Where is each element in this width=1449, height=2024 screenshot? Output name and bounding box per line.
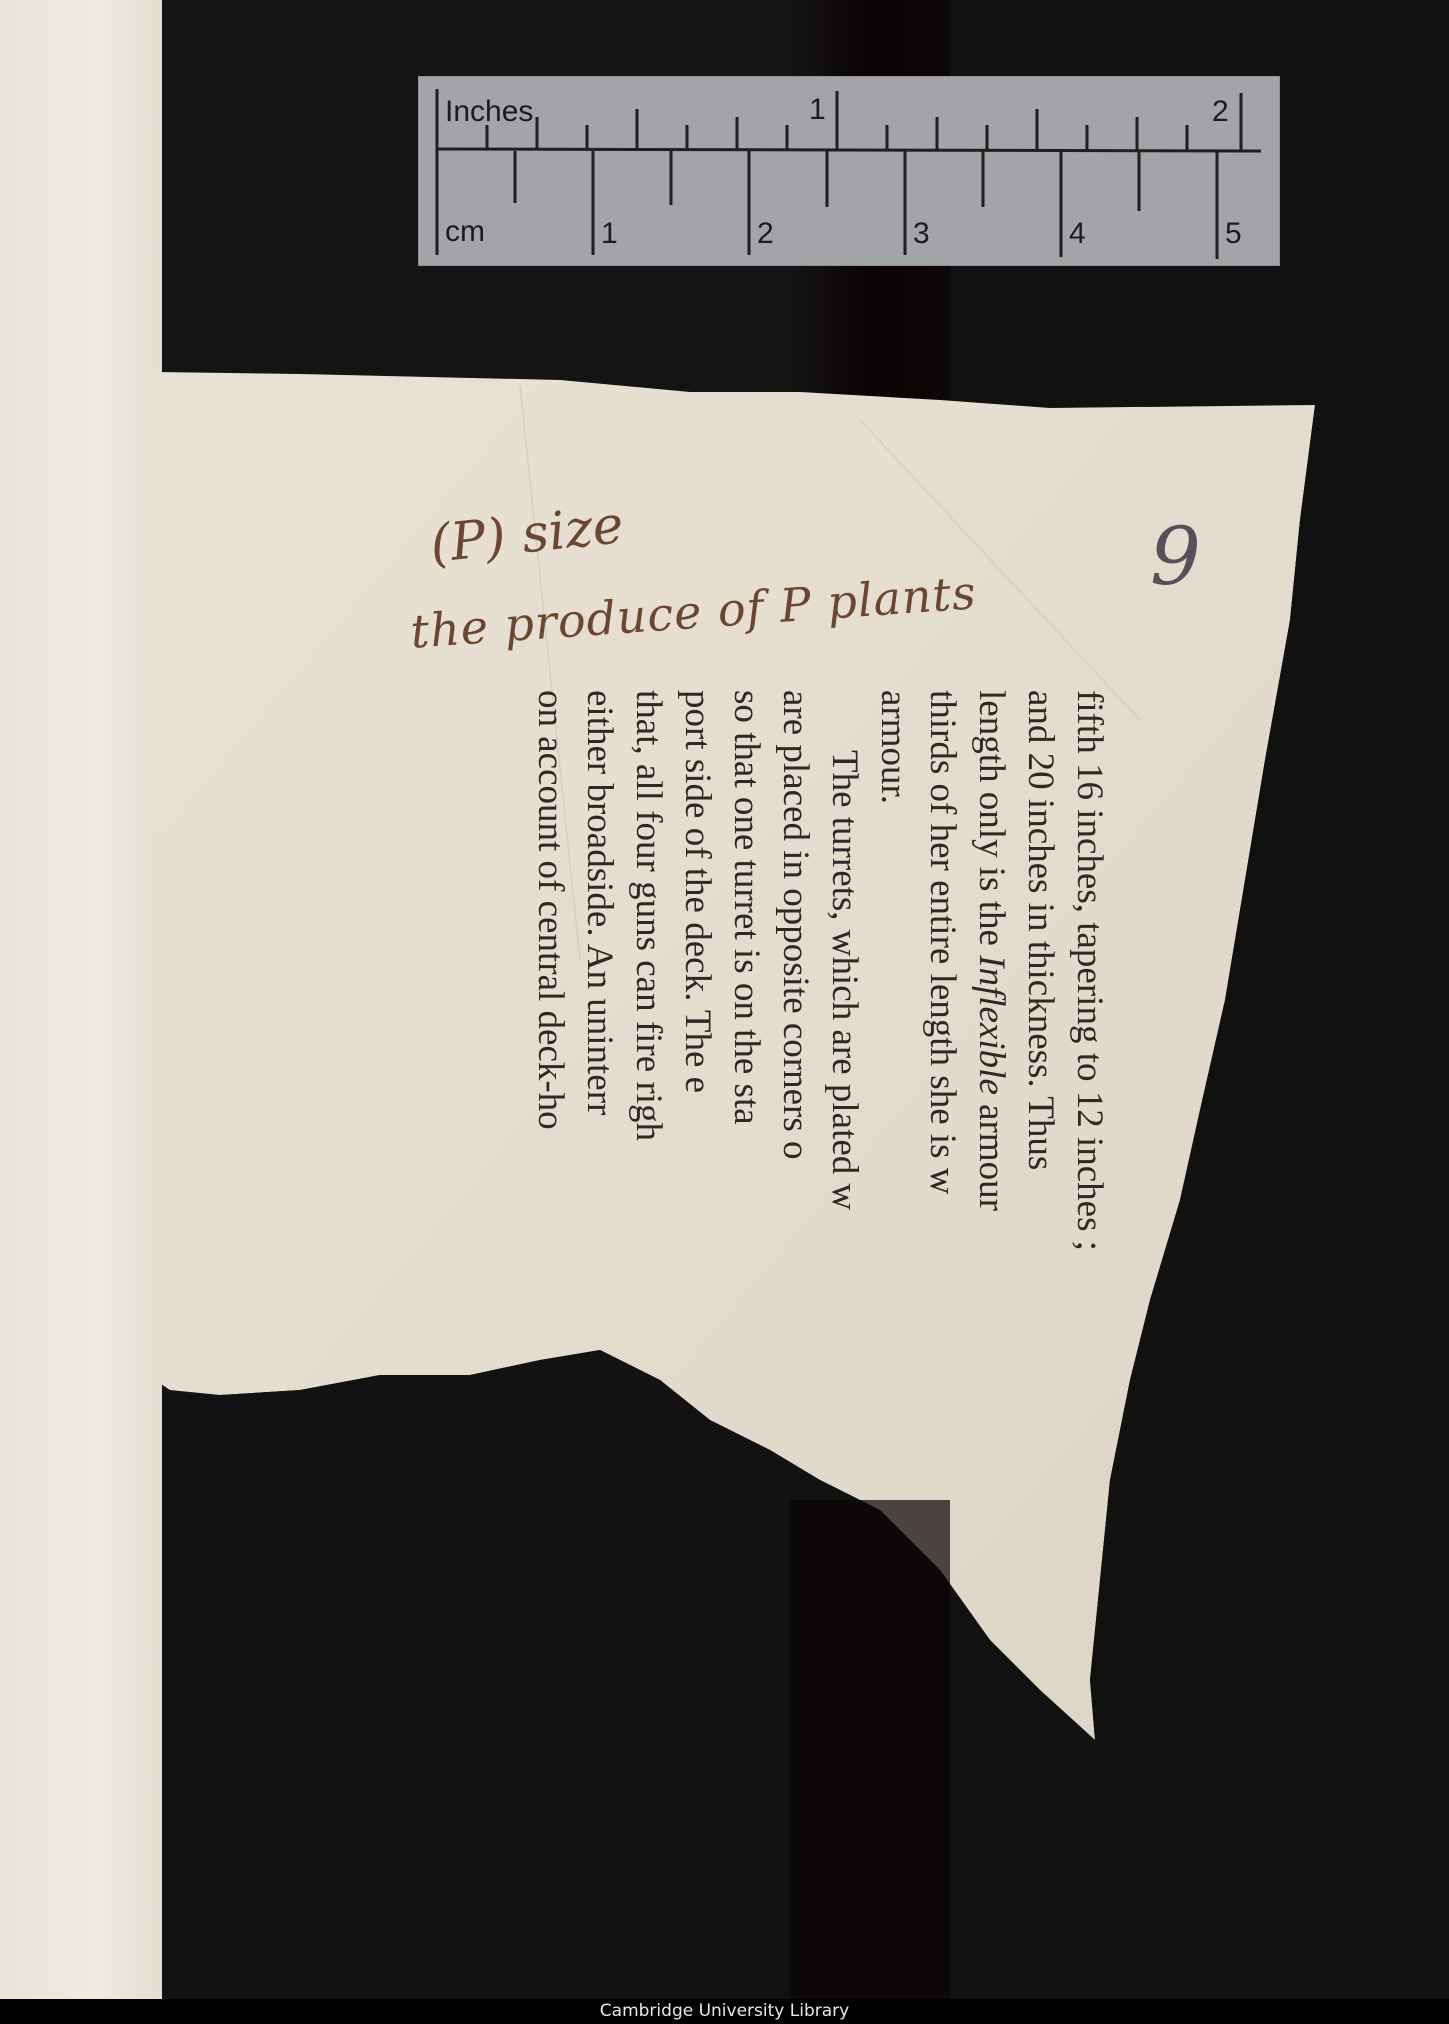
text-line: thirds of her entire length she is w	[918, 690, 967, 1810]
text-line: and 20 inches in thickness. Thus	[1016, 690, 1065, 1810]
rotated-printed-text: thickness is partial, and which it is re…	[526, 690, 1110, 1810]
text-line: so that one turret is on the sta	[722, 690, 771, 1810]
text-line: length only is the Inflexible armour	[967, 690, 1016, 1810]
text-line: are placed in opposite corners o	[771, 690, 820, 1810]
text-line: The turrets, which are plated w	[820, 690, 869, 1810]
ship-name-italic: Inflexible	[971, 955, 1012, 1095]
footer-credit-text: Cambridge University Library	[600, 2001, 849, 2021]
text-line: that, all four guns can fire righ	[624, 690, 673, 1810]
page-number: 9	[1150, 510, 1201, 603]
text-line: fifth 16 inches, tapering to 12 inches ;	[1065, 690, 1110, 1810]
newspaper-clipping: (P) size the produce of P plants 9 thick…	[0, 0, 1449, 2024]
footer-credit-bar: Cambridge University Library	[0, 1999, 1449, 2024]
text-line: armour.	[869, 690, 918, 1810]
text-line: on account of central deck-ho	[526, 690, 575, 1810]
text-line: port side of the deck. The e	[673, 690, 722, 1810]
printed-text-area: thickness is partial, and which it is re…	[210, 690, 1110, 1810]
text-line: either broadside. An uninterr	[575, 690, 624, 1810]
